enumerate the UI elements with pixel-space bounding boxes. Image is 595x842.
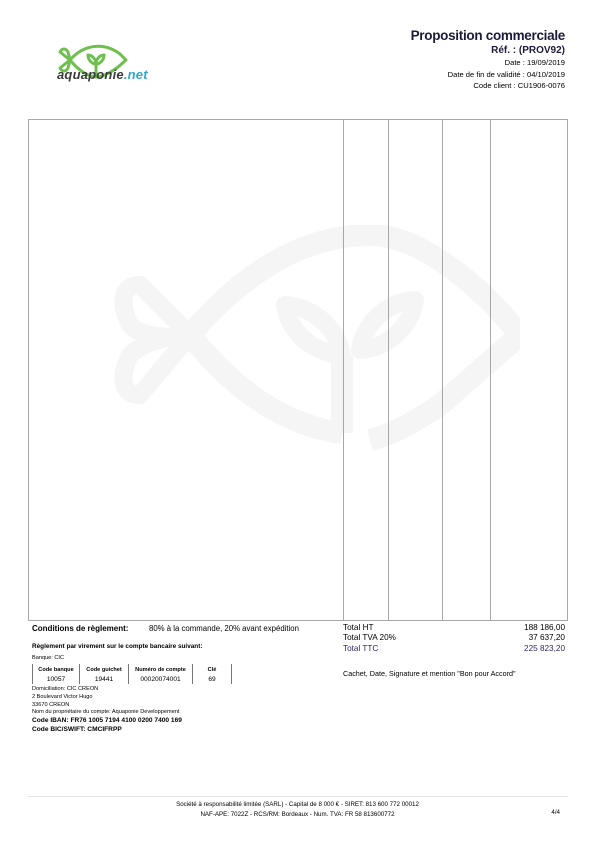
- items-table: [28, 119, 568, 621]
- domiciliation: Domiciliation: CIC CREON: [32, 686, 179, 694]
- column-divider: [490, 120, 491, 620]
- bank-details-table: Code banque Code guichet Numéro de compt…: [32, 664, 232, 684]
- validity-date: Date de fin de validité : 04/10/2019: [411, 69, 565, 81]
- account-number: 00020074001: [129, 675, 193, 684]
- bank-col-header: Code guichet: [80, 664, 129, 675]
- document-reference: Réf. : (PROV92): [411, 44, 565, 57]
- footer-line-2: NAF-APE: 7022Z - RCS/RM: Bordeaux - Num.…: [0, 810, 595, 820]
- legal-footer: Société à responsabilité limitée (SARL) …: [0, 800, 595, 819]
- brand-logo-text: aquaponie.net: [57, 67, 148, 82]
- total-ttc-value: 225 823,20: [524, 644, 565, 654]
- column-divider: [442, 120, 443, 620]
- total-tva-label: Total TVA 20%: [343, 633, 396, 643]
- total-ht-row: Total HT 188 186,00: [343, 623, 565, 633]
- bic-code: Code BIC/SWIFT: CMCIFRPP: [32, 725, 182, 734]
- total-ht-label: Total HT: [343, 623, 373, 633]
- bank-col-header: Code banque: [33, 664, 80, 675]
- address-line: 2 Boulevard Victor Hugo: [32, 694, 179, 702]
- iban-code: Code IBAN: FR76 1005 7194 4100 0200 7400…: [32, 716, 182, 725]
- address-line: 33670 CREON: [32, 702, 179, 710]
- document-header: Proposition commerciale Réf. : (PROV92) …: [411, 28, 565, 92]
- column-divider: [388, 120, 389, 620]
- bank-codes: Code IBAN: FR76 1005 7194 4100 0200 7400…: [32, 716, 182, 734]
- total-tva-value: 37 637,20: [529, 633, 565, 643]
- bank-code: 10057: [33, 675, 80, 684]
- branch-code: 19441: [80, 675, 129, 684]
- signature-note: Cachet, Date, Signature et mention "Bon …: [343, 669, 516, 678]
- account-key: 69: [193, 675, 232, 684]
- payment-conditions-value: 80% à la commande, 20% avant expédition: [149, 624, 299, 633]
- document-title: Proposition commerciale: [411, 28, 565, 44]
- payment-conditions-label: Conditions de règlement:: [32, 624, 128, 633]
- column-divider: [343, 120, 344, 620]
- bank-name: Banque: CIC: [32, 655, 64, 661]
- document-date: Date : 19/09/2019: [411, 57, 565, 69]
- page-number: 4/4: [551, 809, 560, 816]
- brand-name: aquaponie: [57, 67, 124, 82]
- total-ttc-row: Total TTC 225 823,20: [343, 644, 565, 654]
- total-ttc-label: Total TTC: [343, 644, 378, 654]
- footer-divider: [28, 796, 568, 797]
- bank-domiciliation: Domiciliation: CIC CREON 2 Boulevard Vic…: [32, 686, 179, 717]
- brand-suffix: .net: [124, 67, 148, 82]
- total-tva-row: Total TVA 20% 37 637,20: [343, 633, 565, 643]
- bank-col-header: Clé: [193, 664, 232, 675]
- totals-block: Total HT 188 186,00 Total TVA 20% 37 637…: [343, 623, 565, 654]
- footer-line-1: Société à responsabilité limitée (SARL) …: [0, 800, 595, 810]
- client-code: Code client : CU1906-0076: [411, 80, 565, 92]
- total-ht-value: 188 186,00: [524, 623, 565, 633]
- bank-col-header: Numéro de compte: [129, 664, 193, 675]
- transfer-title: Règlement par virement sur le compte ban…: [32, 643, 202, 650]
